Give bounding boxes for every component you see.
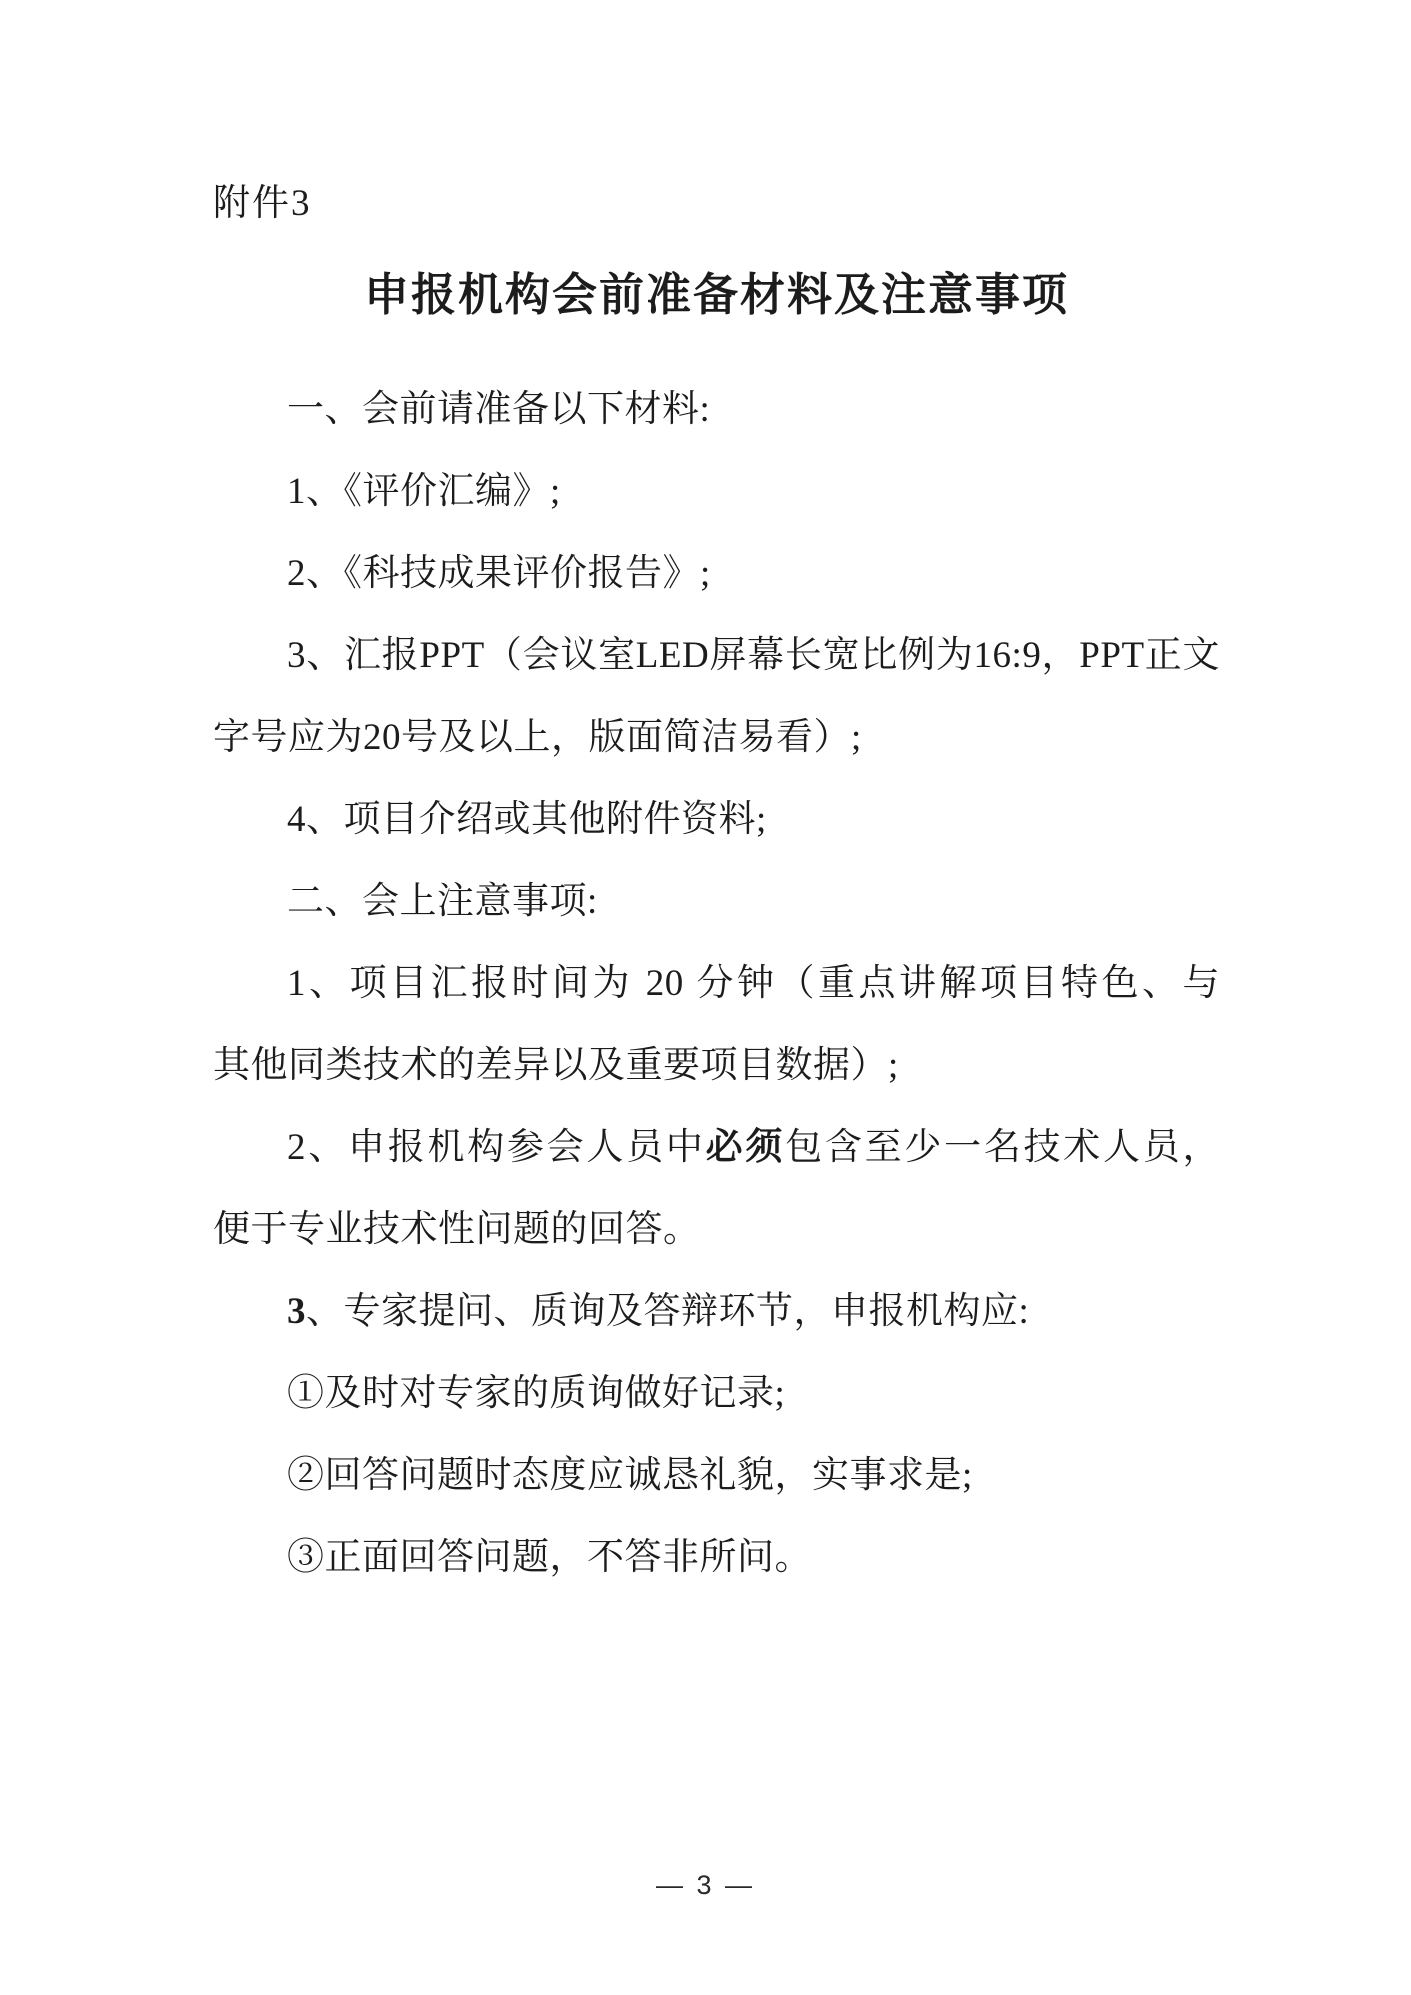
text-line: ①及时对专家的质询做好记录; — [213, 1353, 1220, 1435]
document-body: 一、会前请准备以下材料:1、《评价汇编》;2、《科技成果评价报告》;3、汇报PP… — [213, 369, 1220, 1599]
text-line: ②回答问题时态度应诚恳礼貌，实事求是; — [213, 1435, 1220, 1517]
text-segment: 一、会前请准备以下材料: — [287, 389, 710, 430]
text-segment: 包含至少一名技术人员， — [785, 1127, 1220, 1168]
text-segment: 4、项目介绍或其他附件资料; — [287, 799, 767, 840]
text-line: 二、会上注意事项: — [213, 861, 1220, 943]
text-segment: ①及时对专家的质询做好记录; — [287, 1373, 785, 1414]
text-segment: 1、《评价汇编》; — [287, 471, 561, 512]
text-line: 其他同类技术的差异以及重要项目数据）; — [213, 1025, 1220, 1107]
text-line: 2、申报机构参会人员中必须包含至少一名技术人员， — [213, 1107, 1220, 1189]
text-segment: 便于专业技术性问题的回答。 — [213, 1209, 701, 1250]
attachment-label: 附件3 — [213, 172, 312, 226]
emphasized-text: 3 — [287, 1291, 306, 1332]
text-segment: 二、会上注意事项: — [287, 881, 598, 922]
text-line: 便于专业技术性问题的回答。 — [213, 1189, 1220, 1271]
text-segment: 字号应为20号及以上，版面简洁易看）; — [213, 717, 862, 758]
text-segment: ③正面回答问题，不答非所问。 — [287, 1537, 812, 1578]
text-line: 3、专家提问、质询及答辩环节，申报机构应: — [213, 1271, 1220, 1353]
document-page: 附件3 申报机构会前准备材料及注意事项 一、会前请准备以下材料:1、《评价汇编》… — [0, 0, 1411, 1995]
text-line: 一、会前请准备以下材料: — [213, 369, 1220, 451]
footer-page-number: — 3 — — [0, 1870, 1411, 1901]
text-line: 1、《评价汇编》; — [213, 451, 1220, 533]
page-title: 申报机构会前准备材料及注意事项 — [213, 258, 1220, 323]
text-line: ③正面回答问题，不答非所问。 — [213, 1517, 1220, 1599]
text-segment: 其他同类技术的差异以及重要项目数据）; — [213, 1045, 899, 1086]
text-line: 2、《科技成果评价报告》; — [213, 533, 1220, 615]
text-segment: ②回答问题时态度应诚恳礼貌，实事求是; — [287, 1455, 973, 1496]
text-segment: 3、汇报PPT（会议室LED屏幕长宽比例为16:9，PPT正文 — [287, 635, 1220, 676]
text-segment: 、专家提问、质询及答辩环节，申报机构应: — [306, 1291, 1029, 1332]
text-line: 3、汇报PPT（会议室LED屏幕长宽比例为16:9，PPT正文 — [213, 615, 1220, 697]
text-segment: 2、《科技成果评价报告》; — [287, 553, 711, 594]
text-segment: 1、项目汇报时间为 20 分钟（重点讲解项目特色、与 — [287, 963, 1220, 1004]
text-segment: 2、申报机构参会人员中 — [287, 1127, 706, 1168]
text-line: 1、项目汇报时间为 20 分钟（重点讲解项目特色、与 — [213, 943, 1220, 1025]
text-line: 字号应为20号及以上，版面简洁易看）; — [213, 697, 1220, 779]
text-line: 4、项目介绍或其他附件资料; — [213, 779, 1220, 861]
emphasized-text: 必须 — [706, 1127, 785, 1168]
